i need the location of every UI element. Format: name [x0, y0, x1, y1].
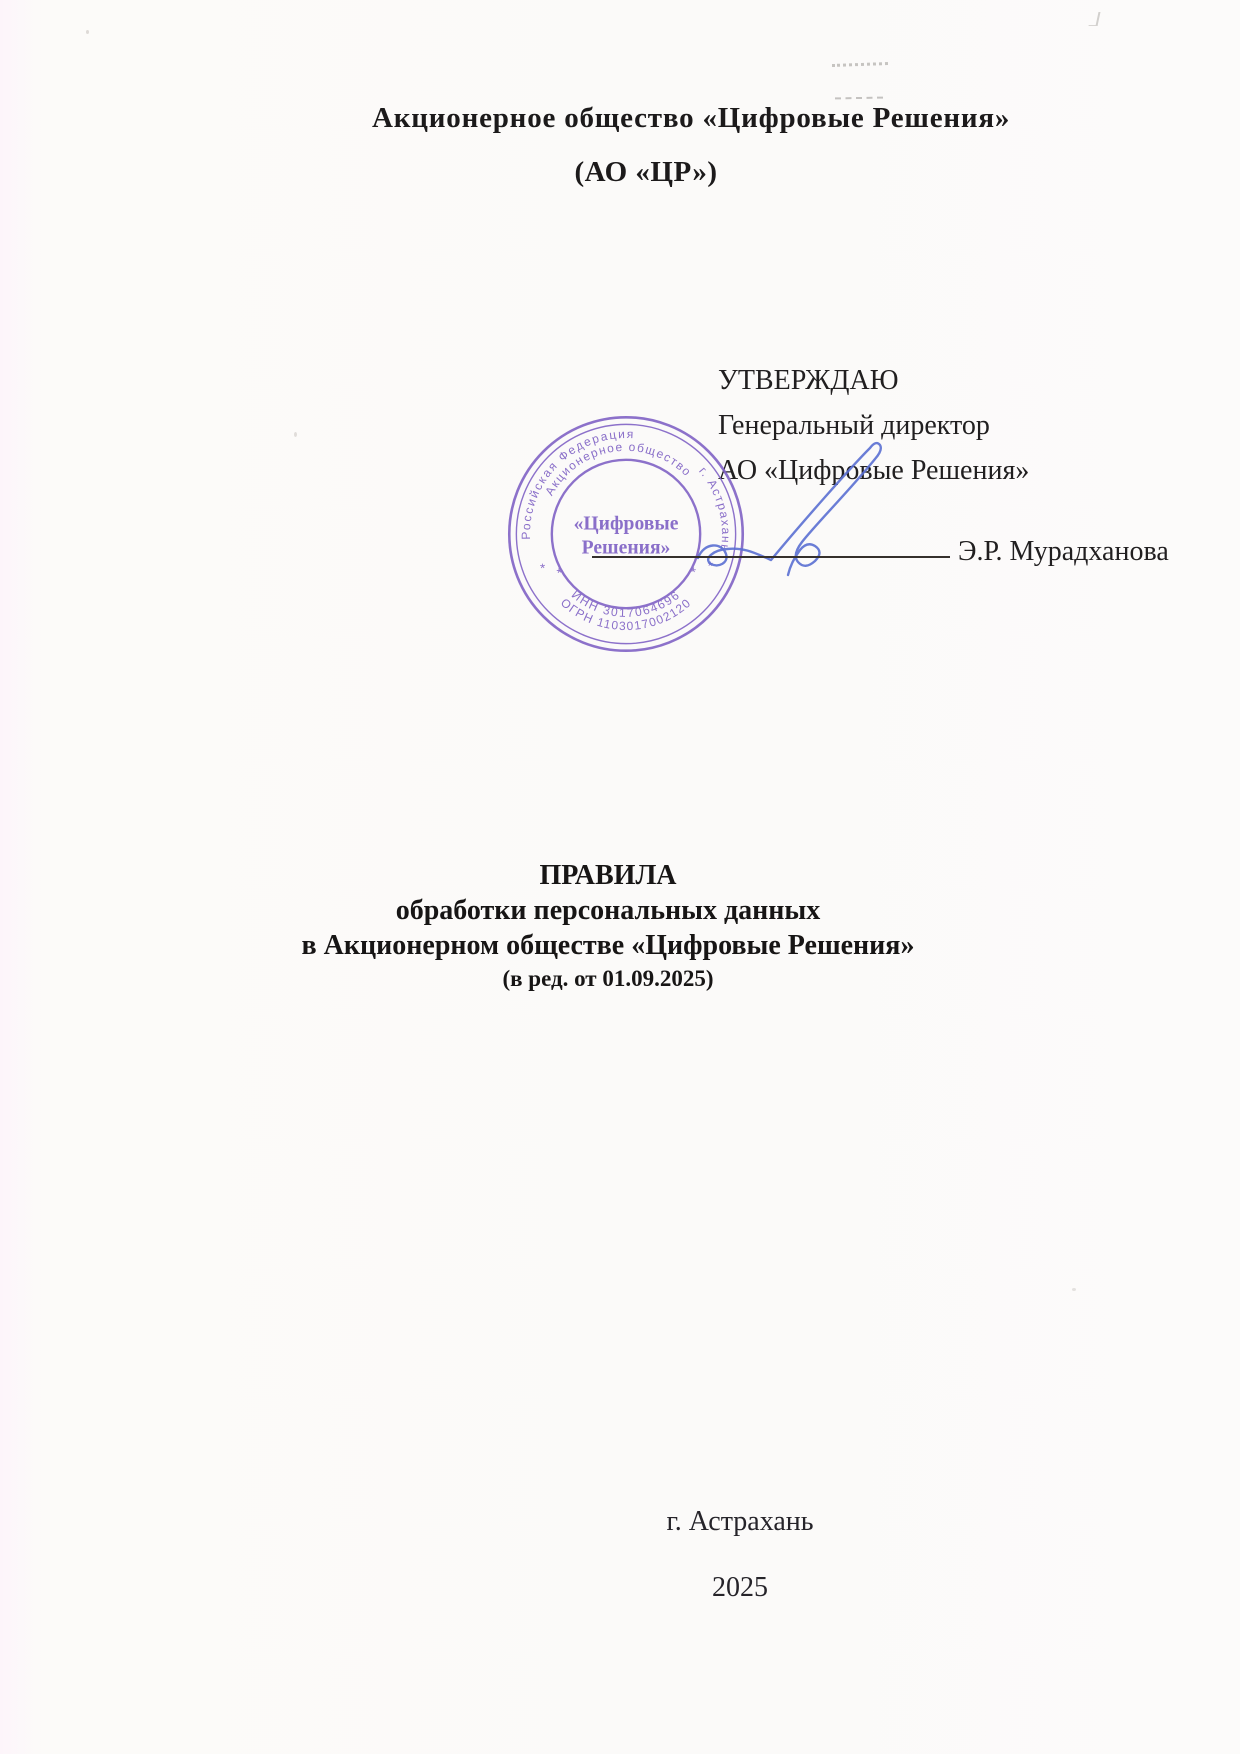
title-revision: (в ред. от 01.09.2025): [0, 963, 1228, 995]
scan-corner-mark: [1089, 12, 1101, 26]
signature-stroke: [650, 420, 970, 585]
footer-city: г. Астрахань: [120, 1506, 1240, 1538]
scan-smudge: [832, 62, 888, 67]
svg-text:*: *: [533, 562, 549, 572]
approve-word: УТВЕРЖДАЮ: [718, 358, 1029, 403]
stamp-separator-star: *: [533, 562, 549, 572]
org-short-name: (АО «ЦР»): [26, 156, 1240, 189]
document-title-block: ПРАВИЛА обработки персональных данных в …: [0, 858, 1228, 995]
signer-name: Э.Р. Мурадханова: [958, 536, 1169, 568]
title-subject: обработки персональных данных: [0, 893, 1228, 928]
scan-speck: [86, 30, 89, 34]
title-org: в Акционерном обществе «Цифровые Решения…: [0, 928, 1228, 963]
signature-line: [592, 556, 950, 558]
scan-smudge: [835, 97, 883, 100]
scan-speck: [1072, 1288, 1076, 1291]
footer-year: 2025: [120, 1572, 1240, 1604]
document-page: Акционерное общество «Цифровые Решения» …: [0, 0, 1240, 1754]
scan-speck: [294, 432, 297, 437]
title-word: ПРАВИЛА: [0, 858, 1228, 893]
org-name-heading: Акционерное общество «Цифровые Решения»: [372, 102, 1010, 135]
